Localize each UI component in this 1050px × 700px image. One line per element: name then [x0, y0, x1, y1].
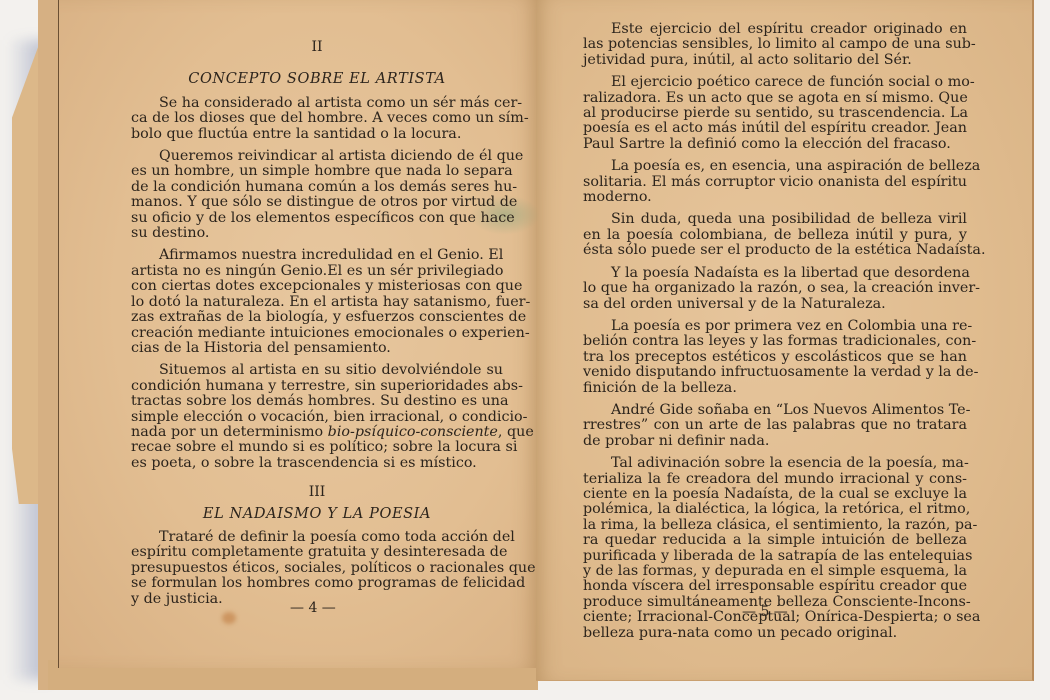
text-line: jetividad pura, inútil, al acto solitari…: [583, 53, 967, 68]
paragraph: La poesía es, en esencia, una aspiración…: [583, 159, 967, 205]
text-line: creación mediante intuiciones emocionale…: [131, 326, 503, 341]
text-line: nada por un determinismo bio-psíquico-co…: [131, 425, 503, 440]
text-line: condición humana y terrestre, sin superi…: [131, 379, 503, 394]
text-line: lo dotó la naturaleza. En el artista hay…: [131, 295, 503, 310]
text-line: su oficio y de los elementos específicos…: [131, 211, 503, 226]
text-line: Se ha considerado al artista como un sér…: [131, 96, 503, 111]
text-line: finición de la belleza.: [583, 381, 967, 396]
page-number: — 5 —: [742, 604, 788, 620]
text-line: su destino.: [131, 226, 503, 241]
text-run: , que: [498, 424, 534, 440]
text-line: la rima, la belleza clásica, el sentimie…: [583, 518, 967, 533]
text-line: honda víscera del irresponsable espíritu…: [583, 579, 967, 594]
text-line: rrestres” con un arte de las palabras qu…: [583, 418, 967, 433]
text-line: manos. Y que sólo se distingue de otros …: [131, 195, 503, 210]
text-line: al producirse pierde su sentido, su tras…: [583, 106, 967, 121]
text-line: con ciertas dotes excepcionales y mister…: [131, 279, 503, 294]
text-line: ralizadora. Es un acto que se agota en s…: [583, 91, 967, 106]
paragraph: Trataré de definir la poesía como toda a…: [131, 530, 503, 607]
text-line: belleza pura-nata como un pecado origina…: [583, 626, 967, 641]
text-line: venido disputando infructuosamente la ve…: [583, 365, 967, 380]
text-line: ca de los dioses que del hombre. A veces…: [131, 111, 503, 126]
text-line: en la poesía colombiana, de belleza inút…: [583, 228, 967, 243]
paragraph: Afirmamos nuestra incredulidad en el Gen…: [131, 248, 503, 356]
text-line: Queremos reivindicar al artista diciendo…: [131, 149, 503, 164]
text-line: Este ejercicio del espíritu creador orig…: [583, 22, 967, 37]
paragraph: Y la poesía Nadaísta es la libertad que …: [583, 266, 967, 312]
text-line: purificada y liberada de la satrapía de …: [583, 549, 967, 564]
text-line: zas extrañas de la biología, y esfuerzos…: [131, 310, 503, 325]
right-page-text: Este ejercicio del espíritu creador orig…: [583, 22, 967, 648]
text-line: solitaria. El más corruptor vicio onanis…: [583, 175, 967, 190]
text-line: es un hombre, un simple hombre que nada …: [131, 164, 503, 179]
text-line: ésta sólo puede ser el producto de la es…: [583, 243, 967, 258]
text-line: tra los preceptos estéticos y escolástic…: [583, 350, 967, 365]
text-line: Y la poesía Nadaísta es la libertad que …: [583, 266, 967, 281]
italic-term: bio-psíquico-consciente: [328, 424, 498, 440]
text-line: Tal adivinación sobre la esencia de la p…: [583, 456, 967, 471]
text-line: espíritu completamente gratuita y desint…: [131, 545, 503, 560]
text-line: Paul Sartre la definió como la elección …: [583, 137, 967, 152]
text-line: poesía es el acto más inútil del espírit…: [583, 121, 967, 136]
text-line: Sin duda, queda una posibilidad de belle…: [583, 212, 967, 227]
text-line: Afirmamos nuestra incredulidad en el Gen…: [131, 248, 503, 263]
text-line: lo que ha organizado la razón, o sea, la…: [583, 281, 967, 296]
paragraph: El ejercicio poético carece de función s…: [583, 75, 967, 152]
text-line: Trataré de definir la poesía como toda a…: [131, 530, 503, 545]
section-numeral: II: [131, 40, 503, 55]
text-line: tractas sobre los demás hombres. Su dest…: [131, 394, 503, 409]
text-line: ra quedar reducida a la simple intuición…: [583, 533, 967, 548]
text-line: André Gide soñaba en “Los Nuevos Aliment…: [583, 403, 967, 418]
section-title: CONCEPTO SOBRE EL ARTISTA: [131, 72, 503, 87]
paragraph: Situemos al artista en su sitio devolvié…: [131, 363, 503, 471]
page-number: — 4 —: [290, 600, 336, 616]
text-line: las potencias sensibles, lo limito al ca…: [583, 37, 967, 52]
paragraph: Se ha considerado al artista como un sér…: [131, 96, 503, 142]
text-line: se formulan los hombres como programas d…: [131, 576, 503, 591]
text-line: terializa la fe creadora del mundo irrac…: [583, 472, 967, 487]
text-line: recae sobre el mundo si es político; sob…: [131, 440, 503, 455]
paragraph: Este ejercicio del espíritu creador orig…: [583, 22, 967, 68]
paragraph: Queremos reivindicar al artista diciendo…: [131, 149, 503, 241]
section-title: EL NADAISMO Y LA POESIA: [131, 507, 503, 522]
text-line: es poeta, o sobre la trascendencia si es…: [131, 456, 503, 471]
text-line: La poesía es, en esencia, una aspiración…: [583, 159, 967, 174]
text-line: de probar ni definir nada.: [583, 434, 967, 449]
text-line: ciente en la poesía Nadaísta, de la cual…: [583, 487, 967, 502]
text-line: polémica, la dialéctica, la lógica, la r…: [583, 502, 967, 517]
paragraph: André Gide soñaba en “Los Nuevos Aliment…: [583, 403, 967, 449]
text-line: de la condición humana común a los demás…: [131, 180, 503, 195]
text-line: moderno.: [583, 190, 967, 205]
left-page-text: II CONCEPTO SOBRE EL ARTISTA Se ha consi…: [131, 40, 503, 614]
text-run: nada por un determinismo: [131, 424, 328, 440]
text-line: La poesía es por primera vez en Colombia…: [583, 319, 967, 334]
section-numeral: III: [131, 485, 503, 500]
text-line: belión contra las leyes y las formas tra…: [583, 334, 967, 349]
text-line: Situemos al artista en su sitio devolvié…: [131, 363, 503, 378]
text-line: El ejercicio poético carece de función s…: [583, 75, 967, 90]
paragraph: La poesía es por primera vez en Colombia…: [583, 319, 967, 396]
text-line: sa del orden universal y de la Naturalez…: [583, 297, 967, 312]
paragraph: Sin duda, queda una posibilidad de belle…: [583, 212, 967, 258]
text-line: presupuestos éticos, sociales, políticos…: [131, 561, 503, 576]
text-line: artista no es ningún Genio.El es un sér …: [131, 264, 503, 279]
text-line: y de las formas, y depurada en el simple…: [583, 564, 967, 579]
text-line: cias de la Historia del pensamiento.: [131, 341, 503, 356]
text-line: simple elección o vocación, bien irracio…: [131, 410, 503, 425]
text-line: bolo que fluctúa entre la santidad o la …: [131, 127, 503, 142]
